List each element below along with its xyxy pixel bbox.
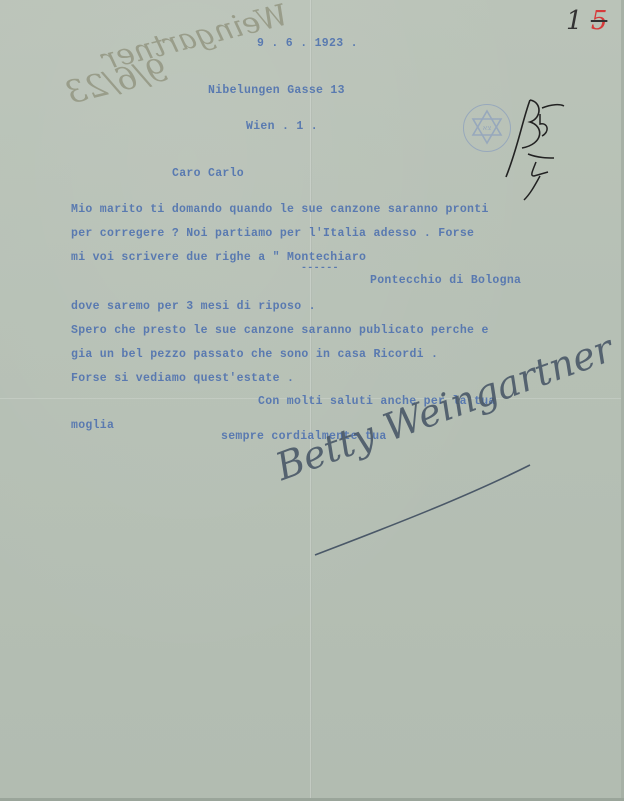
body-line: gia un bel pezzo passato che sono in cas… [71, 348, 438, 362]
signature-underline [310, 460, 540, 560]
letter-date: 9 . 6 . 1923 . [257, 37, 358, 51]
svg-text:צא: צא [483, 124, 492, 132]
closing-line: moglia [71, 419, 114, 433]
folio-number-struck: 5 [591, 6, 608, 36]
body-line: Mio marito ti domando quando le sue canz… [71, 203, 489, 217]
body-line-address: Pontecchio di Bologna [370, 274, 521, 288]
body-line: per corregere ? Noi partiamo per l'Itali… [71, 227, 474, 241]
address-city: Wien . 1 . [246, 120, 318, 134]
folio-number-current: 1 [566, 6, 583, 36]
body-line: dove saremo per 3 mesi di riposo . [71, 300, 316, 314]
folio-number: 1 5 [566, 6, 607, 36]
salutation: Caro Carlo [172, 167, 244, 181]
body-line: Spero che presto le sue canzone saranno … [71, 324, 489, 338]
letter-page: Weingartner 9/6/23 1 5 9 . 6 . 1923 . Ni… [0, 0, 624, 801]
body-line: Forse si vediamo quest'estate . [71, 372, 294, 386]
marginal-note [500, 92, 570, 207]
address-street: Nibelungen Gasse 13 [208, 84, 345, 98]
body-underline-dashes: ------ [301, 262, 339, 276]
